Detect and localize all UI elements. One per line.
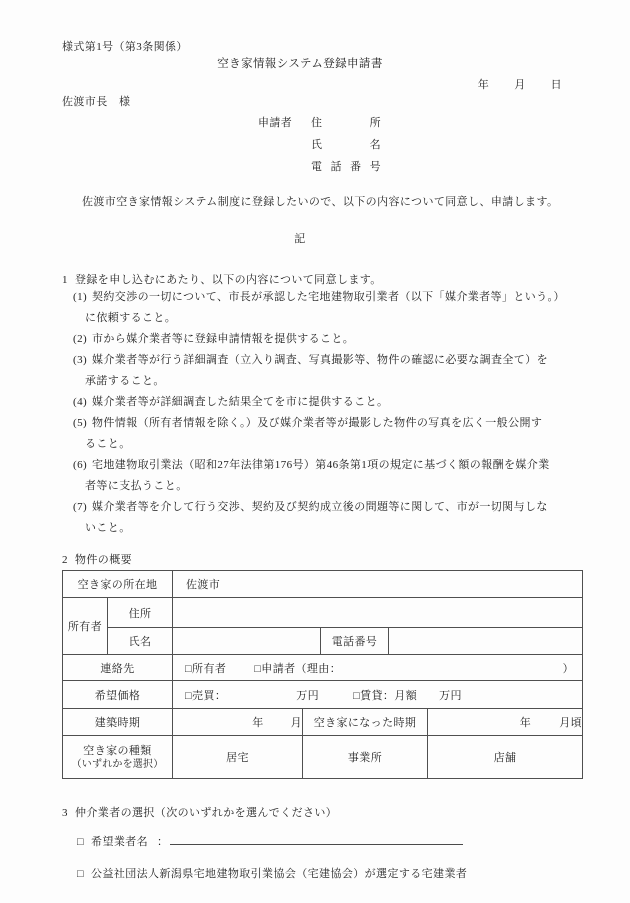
section3-number: 3 [62, 806, 75, 820]
item-text-continued: 承諾すること。 [62, 371, 568, 392]
close-paren: ） [563, 660, 574, 676]
section3-heading-text: 仲介業者の選択（次のいずれかを選んでください） [75, 807, 337, 819]
vacant-month-label: 月頃 [559, 717, 582, 729]
vacant-date-input-cell[interactable]: 年月頃 [428, 709, 583, 736]
list-item: (6)宅地建物取引業法（昭和27年法律第176号）第46条第1項の規定に基づく額… [62, 455, 568, 497]
type-option-office[interactable]: 事業所 [303, 736, 428, 779]
price-value-cell: □売買： 万円 □賃貸：月額 万円 [173, 681, 583, 709]
agreement-list: (1)契約交渉の一切について、市長が承認した宅地建物取引業者（以下「媒介業者等」… [62, 287, 568, 539]
location-value-cell[interactable]: 佐渡市 [173, 571, 583, 598]
type-sublabel: （いずれかを選択） [63, 758, 172, 771]
day-label: 日 [551, 79, 562, 91]
table-row-owner-address: 所有者 住所 [63, 598, 583, 628]
built-label-cell: 建築時期 [63, 709, 173, 736]
applicant-address-label: 住所 [311, 112, 381, 134]
item-text-continued: いこと。 [62, 518, 568, 539]
intro-text: 佐渡市空き家情報システム制度に登録したいので、以下の内容について同意し、申請しま… [62, 195, 568, 209]
contact-owner-option[interactable]: □所有者 [185, 660, 226, 676]
owner-address-input-cell[interactable] [173, 598, 583, 628]
item-number: (6) [73, 455, 92, 476]
applicant-label: 申請者 [258, 112, 311, 134]
type-option-residence[interactable]: 居宅 [173, 736, 303, 779]
table-row-price: 希望価格 □売買： 万円 □賃貸：月額 万円 [63, 681, 583, 709]
contact-applicant-option[interactable]: □申請者（理由： [254, 660, 341, 676]
broker-option-association-label: 公益社団法人新潟県宅地建物取引業協会（宅建協会）が選定する宅建業者 [91, 868, 467, 880]
checkbox-icon[interactable]: □ [77, 866, 84, 882]
checkbox-icon[interactable]: □ [185, 690, 192, 702]
item-text-continued: 者等に支払うこと。 [62, 476, 568, 497]
applicant-block: 申請者住所 氏名 電話番号 [62, 112, 568, 178]
section2-heading-text: 物件の概要 [75, 554, 132, 566]
item-number: (4) [73, 392, 92, 413]
section1-heading-text: 登録を申し込むにあたり、以下の内容について同意します。 [75, 274, 382, 286]
item-text: 物件情報（所有者情報を除く。）及び媒介業者等が撮影した物件の写真を広く一般公開す [92, 417, 542, 429]
list-item: (2)市から媒介業者等に登録申請情報を提供すること。 [62, 329, 568, 350]
vacant-year-label: 年 [520, 717, 531, 729]
contact-applicant-label: 申請者（理由： [261, 663, 341, 675]
month-label: 月 [514, 79, 525, 91]
ki-label: 記 [62, 232, 538, 246]
applicant-name-row: 氏名 [258, 134, 568, 156]
vacant-label-cell: 空き家になった時期 [303, 709, 428, 736]
list-item: (3)媒介業者等が行う詳細調査（立入り調査、写真撮影等、物件の確認に必要な調査全… [62, 350, 568, 392]
phone-label-cell: 電話番号 [321, 628, 389, 655]
table-row-type: 空き家の種類 （いずれかを選択） 居宅 事業所 店舗 [63, 736, 583, 779]
price-sale-unit: 万円 [296, 687, 319, 703]
item-text-continued: に依頼すること。 [62, 308, 568, 329]
table-row-contact: 連絡先 □所有者 □申請者（理由： ） [63, 655, 583, 681]
contact-owner-label: 所有者 [192, 663, 226, 675]
item-text: 宅地建物取引業法（昭和27年法律第176号）第46条第1項の規定に基づく額の報酬… [92, 459, 550, 471]
owner-label-cell: 所有者 [63, 598, 108, 655]
applicant-name-label: 氏名 [311, 134, 381, 156]
price-rent-label: 賃貸：月額 [360, 690, 417, 702]
item-number: (2) [73, 329, 92, 350]
price-rent-unit: 万円 [439, 687, 462, 703]
applicant-address-row: 申請者住所 [258, 112, 568, 134]
price-rent-option[interactable]: □賃貸：月額 [353, 687, 417, 703]
location-label-cell: 空き家の所在地 [63, 571, 173, 598]
year-label: 年 [478, 79, 489, 91]
colon-label: ： [157, 836, 168, 848]
section1-number: 1 [62, 273, 75, 287]
item-text: 媒介業者等が行う詳細調査（立入り調査、写真撮影等、物件の確認に必要な調査全て）を [92, 354, 548, 366]
price-sale-option[interactable]: □売買： [185, 687, 226, 703]
list-item: (5)物件情報（所有者情報を除く。）及び媒介業者等が撮影した物件の写真を広く一般… [62, 413, 568, 455]
list-item: (4)媒介業者等が詳細調査した結果全てを市に提供すること。 [62, 392, 568, 413]
contact-label-cell: 連絡先 [63, 655, 173, 681]
applicant-phone-label: 電話番号 [311, 156, 381, 178]
property-table: 空き家の所在地 佐渡市 所有者 住所 氏名 電話番号 連絡先 □所有者 □申請 [62, 570, 583, 779]
built-month-label: 月 [291, 717, 302, 729]
item-number: (3) [73, 350, 92, 371]
page-title: 空き家情報システム登録申請書 [62, 57, 538, 71]
broker-option-preferred: □希望業者名： [62, 834, 568, 850]
item-text-continued: ること。 [62, 434, 568, 455]
section2-number: 2 [62, 553, 75, 567]
item-number: (7) [73, 497, 92, 518]
section3-heading: 3仲介業者の選択（次のいずれかを選んでください） [62, 806, 568, 820]
date-line: 年月日 [62, 78, 568, 92]
table-row-owner-name: 氏名 電話番号 [63, 628, 583, 655]
section2-heading: 2物件の概要 [62, 553, 568, 567]
price-label-cell: 希望価格 [63, 681, 173, 709]
list-item: (7)媒介業者等を介して行う交渉、契約及び契約成立後の問題等に関して、市が一切関… [62, 497, 568, 539]
item-text: 媒介業者等が詳細調査した結果全てを市に提供すること。 [92, 396, 388, 408]
table-row-location: 空き家の所在地 佐渡市 [63, 571, 583, 598]
item-text: 媒介業者等を介して行う交渉、契約及び契約成立後の問題等に関して、市が一切関与しな [92, 501, 548, 513]
owner-name-label-cell: 氏名 [108, 628, 173, 655]
broker-option-association: □公益社団法人新潟県宅地建物取引業協会（宅建協会）が選定する宅建業者 [62, 866, 568, 882]
type-option-shop[interactable]: 店舗 [428, 736, 583, 779]
applicant-phone-row: 電話番号 [258, 156, 568, 178]
broker-name-input-line[interactable] [170, 834, 463, 845]
built-date-input-cell[interactable]: 年月 [173, 709, 303, 736]
list-item: (1)契約交渉の一切について、市長が承認した宅地建物取引業者（以下「媒介業者等」… [62, 287, 568, 329]
checkbox-icon[interactable]: □ [185, 663, 192, 675]
built-year-label: 年 [252, 717, 263, 729]
addressee: 佐渡市長 様 [62, 95, 568, 109]
phone-input-cell[interactable] [389, 628, 583, 655]
document-page: 様式第1号（第3条関係） 空き家情報システム登録申請書 年月日 佐渡市長 様 申… [0, 0, 630, 903]
item-text: 契約交渉の一切について、市長が承認した宅地建物取引業者（以下「媒介業者等」という… [92, 291, 565, 303]
form-note: 様式第1号（第3条関係） [62, 40, 568, 54]
item-number: (1) [73, 287, 92, 308]
section1-heading: 1登録を申し込むにあたり、以下の内容について同意します。 [62, 273, 568, 287]
owner-address-label-cell: 住所 [108, 598, 173, 628]
contact-value-cell: □所有者 □申請者（理由： ） [173, 655, 583, 681]
broker-option-preferred-label: 希望業者名 [91, 836, 148, 848]
table-row-built: 建築時期 年月 空き家になった時期 年月頃 [63, 709, 583, 736]
price-sale-label: 売買： [192, 690, 226, 702]
type-label-cell: 空き家の種類 （いずれかを選択） [63, 736, 173, 779]
type-label: 空き家の種類 [63, 744, 172, 758]
checkbox-icon[interactable]: □ [77, 834, 84, 850]
owner-name-input-cell[interactable] [173, 628, 321, 655]
item-text: 市から媒介業者等に登録申請情報を提供すること。 [92, 333, 354, 345]
item-number: (5) [73, 413, 92, 434]
